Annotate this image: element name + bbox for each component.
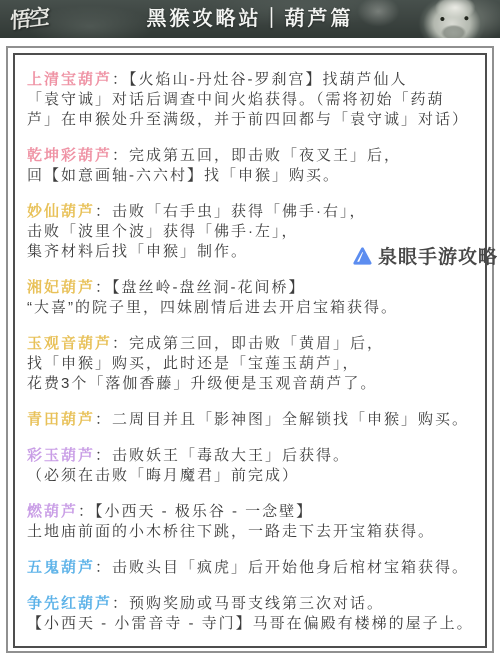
gourd-name: 争先红葫芦 <box>27 595 112 612</box>
site-watermark: 泉眼手游攻略 <box>350 242 498 269</box>
gourd-entry: 玉观音葫芦：完成第三回，即击败「黄眉」后， 找「申猴」购买，此时还是「宝莲玉葫芦… <box>27 334 477 394</box>
gourd-entry: 乾坤彩葫芦：完成第五回，即击败「夜叉王」后， 回【如意画轴-六六村】找「申猴」购… <box>27 146 477 186</box>
gourd-entry: 争先红葫芦：预购奖励或马哥支线第三次对话。 【小西天 - 小雷音寺 - 寺门】马… <box>27 594 477 634</box>
guide-page: 悟空 黑猴攻略站｜葫芦篇 上清宝葫芦：【火焰山-丹灶谷-罗刹宫】找葫芦仙人 「袁… <box>0 0 500 653</box>
gourd-name: 燃葫芦 <box>27 503 78 520</box>
header-bar: 悟空 黑猴攻略站｜葫芦篇 <box>0 0 500 38</box>
gourd-entry: 燃葫芦：【小西天 - 极乐谷 - 一念壁】 土地庙前面的小木桥往下跳，一路走下去… <box>27 502 477 542</box>
page-title: 黑猴攻略站｜葫芦篇 <box>0 0 500 38</box>
quanyan-triangle-logo-icon <box>350 245 373 266</box>
gourd-description: ：二周目并且「影神图」全解锁找「申猴」购买。 <box>95 411 469 428</box>
gourd-name: 彩玉葫芦 <box>27 447 95 464</box>
gourd-name: 乾坤彩葫芦 <box>27 147 112 164</box>
gourd-entry: 青田葫芦：二周目并且「影神图」全解锁找「申猴」购买。 <box>27 410 477 430</box>
gourd-name: 上清宝葫芦 <box>27 71 112 88</box>
gourd-entry: 上清宝葫芦：【火焰山-丹灶谷-罗刹宫】找葫芦仙人 「袁守诚」对话后调查中间火焰获… <box>27 70 477 130</box>
gourd-name: 玉观音葫芦 <box>27 335 112 352</box>
wukong-calligraphy-logo: 悟空 <box>10 1 48 36</box>
gourd-description: ：【小西天 - 极乐谷 - 一念壁】 土地庙前面的小木桥往下跳，一路走下去开宝箱… <box>27 503 435 540</box>
watermark-text: 泉眼手游攻略 <box>378 242 498 269</box>
gourd-name: 五鬼葫芦 <box>27 559 95 576</box>
gourd-name: 妙仙葫芦 <box>27 203 95 220</box>
gourd-name: 青田葫芦 <box>27 411 95 428</box>
content-frame-outer: 上清宝葫芦：【火焰山-丹灶谷-罗刹宫】找葫芦仙人 「袁守诚」对话后调查中间火焰获… <box>6 46 494 653</box>
content-frame-inner: 上清宝葫芦：【火焰山-丹灶谷-罗刹宫】找葫芦仙人 「袁守诚」对话后调查中间火焰获… <box>13 53 487 648</box>
gourd-entry: 五鬼葫芦：击败头目「疯虎」后开始他身后棺材宝箱获得。 <box>27 558 477 578</box>
gourd-name: 湘妃葫芦 <box>27 279 95 296</box>
gourd-entry: 彩玉葫芦：击败妖王「毒敌大王」后获得。 （必须在击败「晦月魔君」前完成） <box>27 446 477 486</box>
gourd-description: ：击败头目「疯虎」后开始他身后棺材宝箱获得。 <box>95 559 469 576</box>
gourd-entry: 湘妃葫芦：【盘丝岭-盘丝洞-花间桥】 “大喜”的院子里，四妹剧情后进去开启宝箱获… <box>27 278 477 318</box>
